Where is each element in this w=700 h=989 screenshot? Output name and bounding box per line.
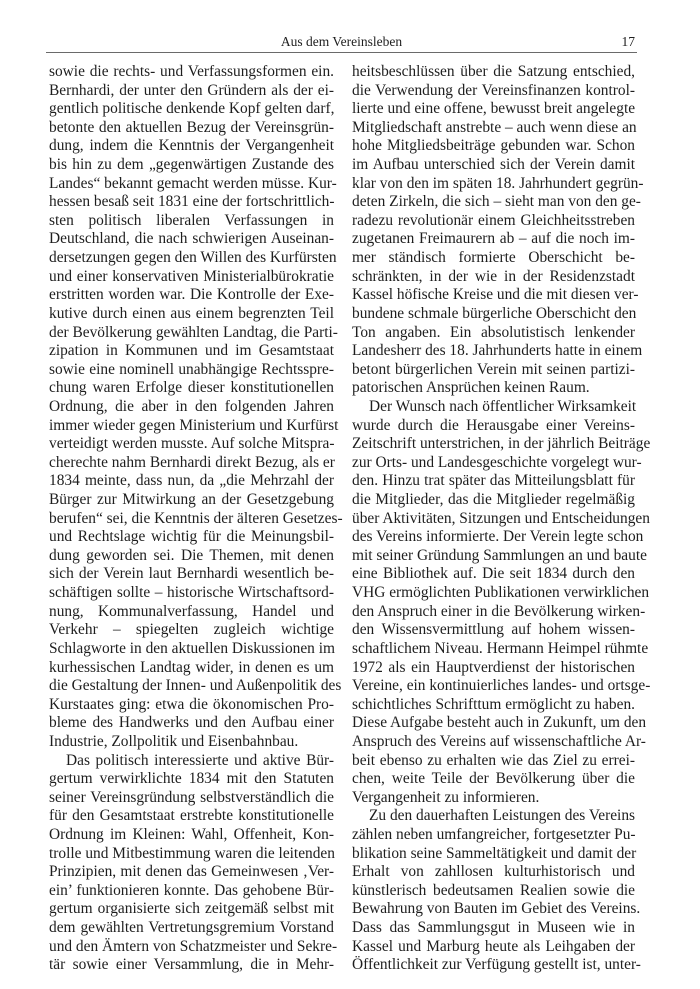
text-line: Verkehr – spiegelten zugleich wichtige [49,621,334,640]
text-line: chung waren Erfolge dieser konstitutione… [49,379,334,398]
text-line: immer wieder gegen Ministerium und Kurfü… [49,417,334,436]
text-line: Prinzipien, mit denen das Gemeinwesen ‚V… [49,863,334,882]
text-line: schaftlichem Niveau. Hermann Heimpel rüh… [352,640,635,659]
text-line: mer ständisch formierte Oberschicht be- [352,249,635,268]
text-line: 1972 als ein Hauptverdienst der historis… [352,659,635,678]
text-line: zugetanen Freimaurern ab – auf die noch … [352,230,635,249]
text-line: betont bürgerlichen Verein mit seinen pa… [352,361,635,380]
text-line: Diese Aufgabe besteht auch in Zukunft, u… [352,714,635,733]
page-number: 17 [622,34,636,50]
text-line: der Bevölkerung gewählten Landtag, die P… [49,324,334,343]
text-line: chen, weite Teile der Bevölkerung über d… [352,770,635,789]
text-line: sowie eine nominell unabhängige Rechtssp… [49,361,334,380]
text-line: bundene schmale bürgerliche Oberschicht … [352,305,635,324]
text-line: schränkten, in der wie in der Residenzst… [352,268,635,287]
text-line: dung, indem die Kenntnis der Vergangenhe… [49,137,334,156]
text-line: Bernhardi, der unter den Gründern als de… [49,82,334,101]
text-line: trolle und Mitbestimmung waren die leite… [49,845,334,864]
text-line: Mitgliedschaft anstrebte – auch wenn die… [352,119,635,138]
text-line: erstritten worden war. Die Kontrolle der… [49,286,334,305]
text-line: betonte den aktuellen Bezug der Vereinsg… [49,119,334,138]
text-line: berufen“ sei, die Kenntnis der älteren G… [49,510,334,529]
text-line: im Aufbau unterschied sich der Verein da… [352,156,635,175]
text-line: den Wissensvermittlung auf hohem wissen- [352,621,635,640]
text-line: eine Bibliothek auf. Die seit 1834 durch… [352,565,635,584]
text-line: Erhalt von zahllosen kulturhistorisch un… [352,863,635,882]
text-line: Bewahrung von Bauten im Gebiet des Verei… [352,900,635,919]
text-line: Landes“ bekannt gemacht werden müsse. Ku… [49,175,334,194]
text-line: klar von den im späten 18. Jahrhundert g… [352,175,635,194]
text-line: blikation seine Sammeltätigkeit und dami… [352,845,635,864]
text-line: patorischen Ansprüchen keinen Raum. [352,379,635,398]
text-line: nung, Kommunalverfassung, Handel und [49,603,334,622]
text-line: und Rechtslage wichtig für die Meinungsb… [49,528,334,547]
text-line: dung geworden sei. Die Themen, mit denen [49,547,334,566]
text-line: Bürger zur Mitwirkung an der Gesetzgebun… [49,491,334,510]
text-line: sowie die rechts- und Verfassungsformen … [49,63,334,82]
text-line: Kassel höfische Kreise und die mit diese… [352,286,635,305]
text-line: kutive durch einen aus einem begrenzten … [49,305,334,324]
text-line: tär sowie einer Versammlung, die in Mehr… [49,956,334,975]
text-line: cherechte nahm Bernhardi direkt Bezug, a… [49,454,334,473]
text-line: für den Gesamtstaat erstrebte konstituti… [49,807,334,826]
running-header: Aus dem Vereinsleben 17 [46,34,637,53]
text-line: die Mitglieder, das die Mitglieder regel… [352,491,635,510]
text-line: Schlagworte in den aktuellen Diskussione… [49,640,334,659]
text-line: Landesherr des 18. Jahrhunderts hatte in… [352,342,635,361]
text-line: über Aktivitäten, Sitzungen und Entschei… [352,510,635,529]
text-line: Zeitschrift unterstrichen, in der jährli… [352,435,635,454]
text-line: künstlerisch bedeutsamen Realien sowie d… [352,882,635,901]
text-line: zipation in Kommunen und im Gesamtstaat [49,342,334,361]
text-line: Dass das Sammlungsgut in Museen wie in [352,919,635,938]
text-line: schichtliches Schrifttum ermöglicht zu h… [352,696,635,715]
text-line: gertum verwirklichte 1834 mit den Statut… [49,770,334,789]
text-line: seiner Vereinsgründung selbstverständlic… [49,789,334,808]
text-line: Zu den dauerhaften Leistungen des Verein… [352,807,635,826]
text-line: Öffentlichkeit zur Verfügung gestellt is… [352,956,635,975]
text-line: Kassel und Marburg heute als Leihgaben d… [352,938,635,957]
text-line: Ton angaben. Ein absolutistisch lenkende… [352,324,635,343]
text-line: hohe Mitgliedsbeiträge gebunden war. Sch… [352,137,635,156]
text-line: des Vereins informierte. Der Verein legt… [352,528,635,547]
text-line: gentlich politische denkende Kopf gelten… [49,100,334,119]
text-line: kurhessischen Landtag wider, in denen es… [49,659,334,678]
text-line: heitsbeschlüssen über die Satzung entsch… [352,63,635,82]
text-line: die Gestaltung der Innen- und Außenpolit… [49,677,334,696]
text-line: Deutschland, die nach schwierigen Ausein… [49,230,334,249]
text-column-right: heitsbeschlüssen über die Satzung entsch… [352,63,635,975]
text-line: Das politisch interessierte und aktive B… [49,752,334,771]
text-line: Anspruch des Vereins auf wissenschaftlic… [352,733,635,752]
text-line: Vergangenheit zu informieren. [352,789,635,808]
text-line: bleme des Handwerks und den Aufbau einer [49,714,334,733]
text-line: den Anspruch einer in die Bevölkerung wi… [352,603,635,622]
text-line: zählen neben umfangreicher, fortgesetzte… [352,826,635,845]
text-line: sten politisch liberalen Verfassungen in [49,212,334,231]
text-line: zur Orts- und Landesgeschichte vorgelegt… [352,454,635,473]
text-line: Vereine, ein kontinuierliches landes- un… [352,677,635,696]
text-line: lierte und eine offene, bewusst breit an… [352,100,635,119]
text-line: gertum organisierte sich zeitgemäß selbs… [49,900,334,919]
text-line: bis hin zu dem „gegenwärtigen Zustande d… [49,156,334,175]
text-line: sich der Verein laut Bernhardi wesentlic… [49,565,334,584]
text-line: wurde durch die Herausgabe einer Vereins… [352,417,635,436]
text-line: mit seiner Gründung Sammlungen an und ba… [352,547,635,566]
text-line: Ordnung, die aber in den folgenden Jahre… [49,398,334,417]
text-line: verteidigt werden musste. Auf solche Mit… [49,435,334,454]
text-line: und einer konservativen Ministerialbürok… [49,268,334,287]
text-line: ein’ funktionieren konnte. Das gehobene … [49,882,334,901]
text-line: dersetzungen gegen den Willen des Kurfür… [49,249,334,268]
text-line: und den Ämtern von Schatzmeister und Sek… [49,938,334,957]
text-line: hessen besaß seit 1831 eine der fortschr… [49,193,334,212]
text-line: dem gewählten Vertretungsgremium Vorstan… [49,919,334,938]
text-line: Ordnung im Kleinen: Wahl, Offenheit, Kon… [49,826,334,845]
text-line: Der Wunsch nach öffentlicher Wirksamkeit [352,398,635,417]
text-line: beit ebenso zu erhalten wie das Ziel zu … [352,752,635,771]
text-line: die Verwendung der Vereinsfinanzen kontr… [352,82,635,101]
text-line: deten Zirkeln, die sich – sieht man von … [352,193,635,212]
text-line: schäftigen sollte – historische Wirtscha… [49,584,334,603]
running-title: Aus dem Vereinsleben [46,34,637,50]
text-line: Industrie, Zollpolitik und Eisenbahnbau. [49,733,334,752]
text-line: radezu revolutionär einem Gleichheitsstr… [352,212,635,231]
text-line: 1834 meinte, dass nun, da „die Mehrzahl … [49,472,334,491]
text-line: den. Hinzu trat später das Mitteilungsbl… [352,472,635,491]
text-line: Kurstaates ging: etwa die ökonomischen P… [49,696,334,715]
text-line: VHG ermöglichten Publikationen verwirkli… [352,584,635,603]
text-column-left: sowie die rechts- und Verfassungsformen … [49,63,334,975]
